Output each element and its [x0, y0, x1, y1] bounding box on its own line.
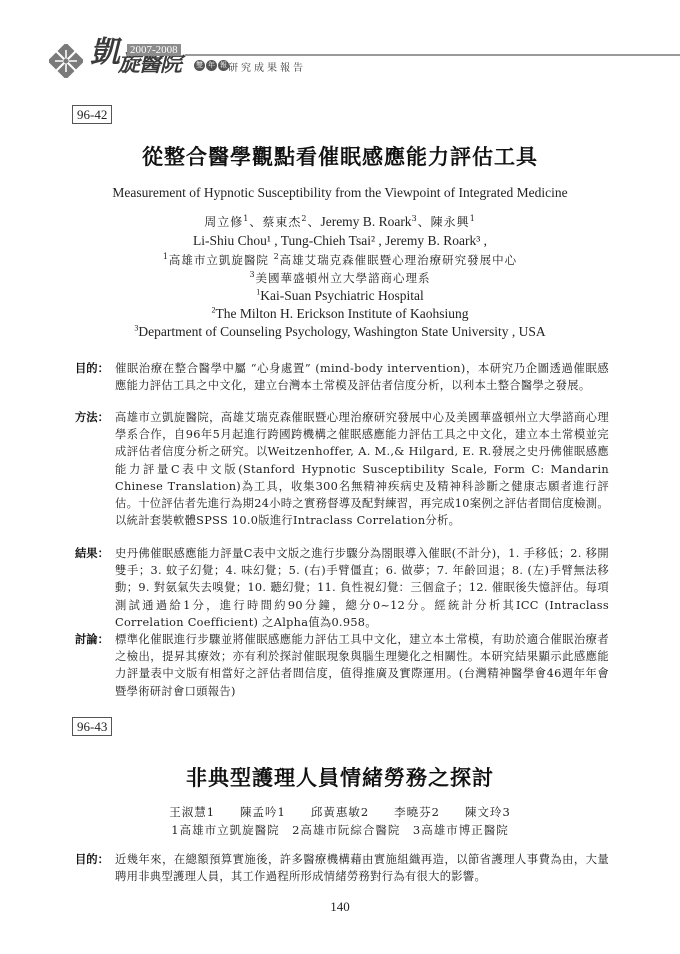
- report-label: 研究成果報告: [228, 59, 306, 74]
- year-range-label: 2007-2008: [127, 44, 181, 56]
- affiliation-en: 3Department of Counseling Psychology, Wa…: [0, 323, 680, 341]
- page-number: 140: [0, 899, 680, 915]
- section-purpose: 目的： 近幾年來，在總額預算實施後，許多醫療機構藉由實施組織再造，以節省護理人事…: [75, 851, 609, 885]
- author-sup: 1: [470, 214, 476, 223]
- section-label: 目的：: [75, 851, 115, 885]
- biennial-badges: 雙 年 報: [194, 60, 229, 71]
- authors-line: 王淑慧1 陳孟吟1 邱黃惠敏2 李曉芬2 陳文玲3: [0, 803, 680, 821]
- badge-char: 年: [206, 60, 217, 71]
- author-sup: 3: [412, 214, 418, 223]
- article-id: 96-43: [72, 717, 112, 736]
- section-label: 目的：: [75, 360, 115, 394]
- page-header: 凱 旋醫院 2007-2008 雙 年 報 研究成果報告: [0, 0, 680, 90]
- article-title-zh: 非典型護理人員情緒勞務之探討: [0, 762, 680, 792]
- affiliations-zh-line2: 3美國華盛頓州立大學諮商心理系: [0, 269, 680, 287]
- affiliations-zh-line1: 1高雄市立凱旋醫院 2高雄艾瑞克森催眠暨心理治療研究發展中心: [0, 251, 680, 269]
- badge-char: 雙: [194, 60, 205, 71]
- section-purpose: 目的： 催眠治療在整合醫學中屬 “心身處置” (mind-body interv…: [75, 360, 609, 394]
- affil-text: 美國華盛頓州立大學諮商心理系: [256, 271, 431, 285]
- section-label: 討論：: [75, 631, 115, 700]
- affil-text: The Milton H. Erickson Institute of Kaoh…: [215, 306, 468, 321]
- section-text: 史丹佛催眠感應能力評量C表中文版之進行步驟分為閤眼導入催眠(不計分)，1. 手移…: [115, 545, 609, 631]
- author-name: 周立修: [204, 215, 243, 229]
- article-title-en: Measurement of Hypnotic Susceptibility f…: [0, 184, 680, 202]
- section-discussion: 討論： 標準化催眠進行步驟並將催眠感應能力評估工具中文化，建立本土常模，有助於適…: [75, 631, 609, 700]
- section-label: 結果：: [75, 545, 115, 631]
- authors-en: Li-Shiu Chou¹ , Tung-Chieh Tsai² , Jerem…: [0, 232, 680, 250]
- affil-text: Department of Counseling Psychology, Was…: [138, 324, 545, 339]
- header-rule: [185, 54, 680, 56]
- section-text: 高雄市立凱旋醫院，高雄艾瑞克森催眠暨心理治療研究發展中心及美國華盛頓州立大學諮商…: [115, 409, 609, 529]
- brand-name-part1: 凱: [90, 38, 118, 68]
- section-text: 近幾年來，在總額預算實施後，許多醫療機構藉由實施組織再造，以節省護理人事費為由，…: [115, 851, 609, 885]
- authors-zh: 周立修1、蔡東杰2、Jeremy B. Roark3、陳永興1: [0, 213, 680, 231]
- section-text: 標準化催眠進行步驟並將催眠感應能力評估工具中文化，建立本土常模，有助於適合催眠治…: [115, 631, 609, 700]
- author-name: 蔡東杰: [262, 215, 301, 229]
- author-sup: 1: [243, 214, 249, 223]
- affil-text: 高雄艾瑞克森催眠暨心理治療研究發展中心: [280, 253, 518, 267]
- article-id: 96-42: [72, 105, 112, 124]
- affiliations-line: 1高雄市立凱旋醫院 2高雄市阮綜合醫院 3高雄市博正醫院: [0, 821, 680, 839]
- hospital-logo-icon: [49, 44, 83, 78]
- author-name: Jeremy B. Roark: [320, 214, 411, 229]
- section-results: 結果： 史丹佛催眠感應能力評量C表中文版之進行步驟分為閤眼導入催眠(不計分)，1…: [75, 545, 609, 631]
- section-method: 方法： 高雄市立凱旋醫院，高雄艾瑞克森催眠暨心理治療研究發展中心及美國華盛頓州立…: [75, 409, 609, 529]
- author-name: 陳永興: [431, 215, 470, 229]
- affiliation-en: 2The Milton H. Erickson Institute of Kao…: [0, 305, 680, 323]
- author-sup: 2: [301, 214, 307, 223]
- affil-text: Kai-Suan Psychiatric Hospital: [260, 288, 423, 303]
- affil-text: 高雄市立凱旋醫院: [169, 253, 274, 267]
- article-title-zh: 從整合醫學觀點看催眠感應能力評估工具: [0, 141, 680, 171]
- section-text: 催眠治療在整合醫學中屬 “心身處置” (mind-body interventi…: [115, 360, 609, 394]
- section-label: 方法：: [75, 409, 115, 529]
- affiliation-en: 1Kai-Suan Psychiatric Hospital: [0, 287, 680, 305]
